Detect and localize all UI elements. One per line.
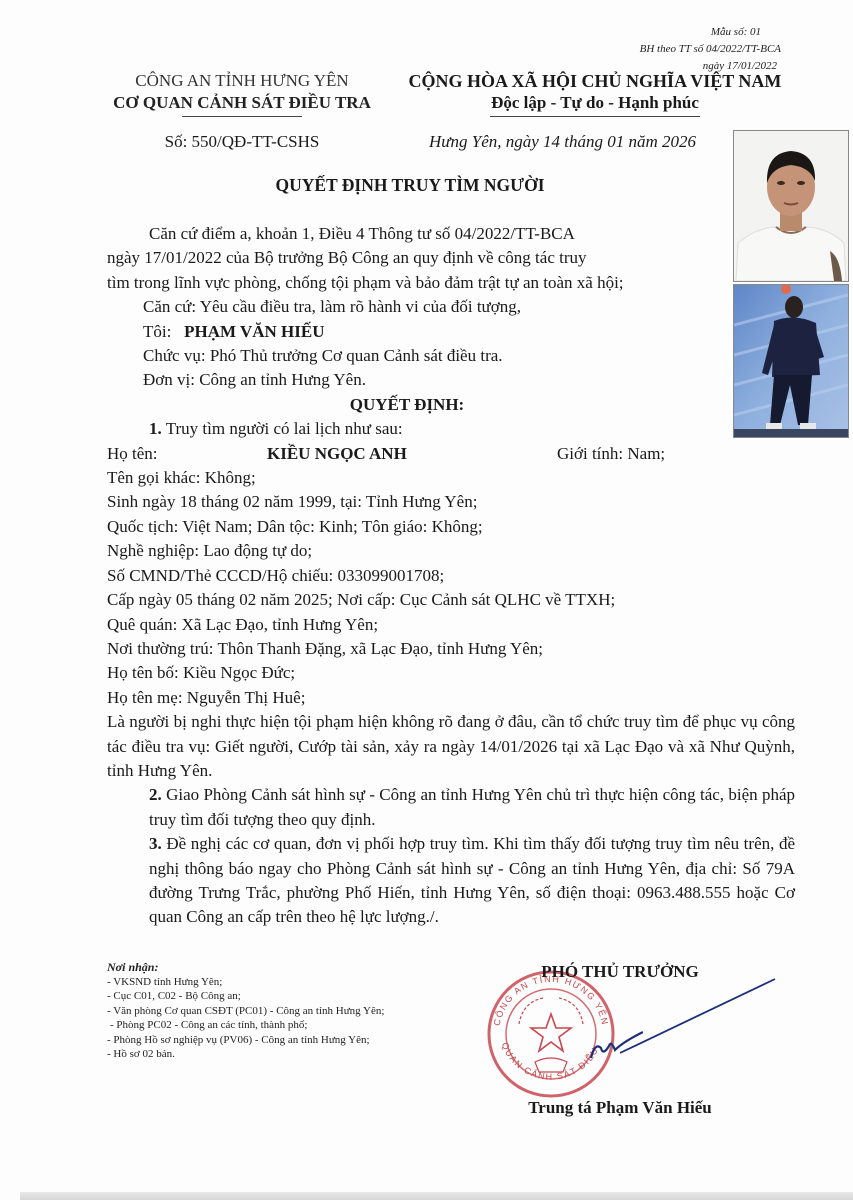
name-label: Họ tên: — [107, 442, 267, 466]
recipient-item: - Văn phòng Cơ quan CSĐT (PC01) - Công a… — [107, 1004, 384, 1019]
form-number: Mẫu số: 01 — [640, 24, 761, 41]
legal-basis-1: Căn cứ điểm a, khoản 1, Điều 4 Thông tư … — [107, 222, 807, 246]
article-2: 2. Giao Phòng Cảnh sát hình sự - Công an… — [107, 783, 795, 832]
search-reason: Là người bị nghi thực hiện tội phạm hiện… — [107, 710, 795, 783]
issuer-line: Tôi: PHẠM VĂN HIẾU — [107, 320, 807, 344]
official-seal-icon: CÔNG AN TỈNH HƯNG YÊN CƠ QUAN CẢNH SÁT Đ… — [483, 962, 643, 1112]
national-motto: Độc lập - Tự do - Hạnh phúc — [390, 92, 800, 114]
suspect-mother: Họ tên mẹ: Nguyễn Thị Huê; — [107, 686, 807, 710]
suspect-birth: Sinh ngày 18 tháng 02 năm 1999, tại: Tỉn… — [107, 490, 807, 514]
place-and-date: Hưng Yên, ngày 14 tháng 01 năm 2026 — [390, 132, 735, 152]
article-3: 3. Đề nghị các cơ quan, đơn vị phối hợp … — [107, 832, 795, 930]
page-edge — [20, 1192, 853, 1200]
issuer-label: Tôi: — [143, 322, 171, 341]
recipient-item: - Hồ sơ 02 bản. — [107, 1047, 384, 1062]
suspect-name-row: Họ tên: KIỀU NGỌC ANH Giới tính: Nam; — [107, 442, 807, 466]
suspect-id-number: Số CMND/Thẻ CCCD/Hộ chiếu: 033099001708; — [107, 564, 807, 588]
suspect-alias: Tên gọi khác: Không; — [107, 466, 807, 490]
document-title: QUYẾT ĐỊNH TRUY TÌM NGƯỜI — [100, 175, 720, 196]
suspect-gender: Giới tính: Nam; — [557, 442, 665, 466]
legal-basis-2: Căn cứ: Yêu cầu điều tra, làm rõ hành vi… — [107, 295, 807, 319]
suspect-father: Họ tên bố: Kiều Ngọc Đức; — [107, 661, 807, 685]
suspect-residence: Nơi thường trú: Thôn Thanh Đặng, xã Lạc … — [107, 637, 807, 661]
legal-basis-1-cont: tìm trong lĩnh vực phòng, chống tội phạm… — [107, 271, 807, 295]
suspect-nationality: Quốc tịch: Việt Nam; Dân tộc: Kinh; Tôn … — [107, 515, 807, 539]
suspect-occupation: Nghề nghiệp: Lao động tự do; — [107, 539, 807, 563]
signatory-name: Trung tá Phạm Văn Hiếu — [500, 1098, 740, 1118]
document-number: Số: 550/QĐ-TT-CSHS — [102, 132, 382, 152]
nation-name: CỘNG HÒA XÃ HỘI CHỦ NGHĨA VIỆT NAM — [390, 70, 800, 92]
form-reference: Mẫu số: 01 BH theo TT số 04/2022/TT-BCA … — [640, 24, 781, 75]
decision-heading: QUYẾT ĐỊNH: — [107, 393, 707, 417]
issuing-agency-header: CÔNG AN TỈNH HƯNG YÊN CƠ QUAN CẢNH SÁT Đ… — [102, 70, 382, 117]
recipient-item: - Phòng Hồ sơ nghiệp vụ (PV06) - Công an… — [107, 1033, 384, 1048]
suspect-hometown: Quê quán: Xã Lạc Đạo, tỉnh Hưng Yên; — [107, 613, 807, 637]
form-issued-by: BH theo TT số 04/2022/TT-BCA — [640, 41, 781, 58]
recipient-item: - Phòng PC02 - Công an các tỉnh, thành p… — [107, 1018, 384, 1033]
suspect-id-issue: Cấp ngày 05 tháng 02 năm 2025; Nơi cấp: … — [107, 588, 807, 612]
agency-name: CÔNG AN TỈNH HƯNG YÊN — [102, 70, 382, 92]
legal-basis-1-cont: ngày 17/01/2022 của Bộ trưởng Bộ Công an… — [107, 246, 807, 270]
signatory-title: PHÓ THỦ TRƯỞNG — [520, 962, 720, 982]
department-name: CƠ QUAN CẢNH SÁT ĐIỀU TRA — [102, 92, 382, 114]
recipient-item: - Cục C01, C02 - Bộ Công an; — [107, 989, 384, 1004]
divider — [490, 116, 700, 117]
recipients-heading: Nơi nhận: — [107, 960, 384, 975]
issuer-position: Chức vụ: Phó Thủ trưởng Cơ quan Cảnh sát… — [107, 344, 807, 368]
issuer-name: PHẠM VĂN HIẾU — [184, 322, 324, 341]
signature-stroke-icon — [620, 975, 780, 1055]
document-body: Căn cứ điểm a, khoản 1, Điều 4 Thông tư … — [107, 222, 807, 930]
suspect-name: KIỀU NGỌC ANH — [267, 442, 557, 466]
divider — [182, 116, 302, 117]
recipients-list: Nơi nhận: - VKSND tỉnh Hưng Yên; - Cục C… — [107, 960, 384, 1062]
national-header: CỘNG HÒA XÃ HỘI CHỦ NGHĨA VIỆT NAM Độc l… — [390, 70, 800, 117]
recipient-item: - VKSND tỉnh Hưng Yên; — [107, 975, 384, 990]
issuer-unit: Đơn vị: Công an tỉnh Hưng Yên. — [107, 368, 807, 392]
article-1-intro: 1. Truy tìm người có lai lịch như sau: — [107, 417, 807, 441]
